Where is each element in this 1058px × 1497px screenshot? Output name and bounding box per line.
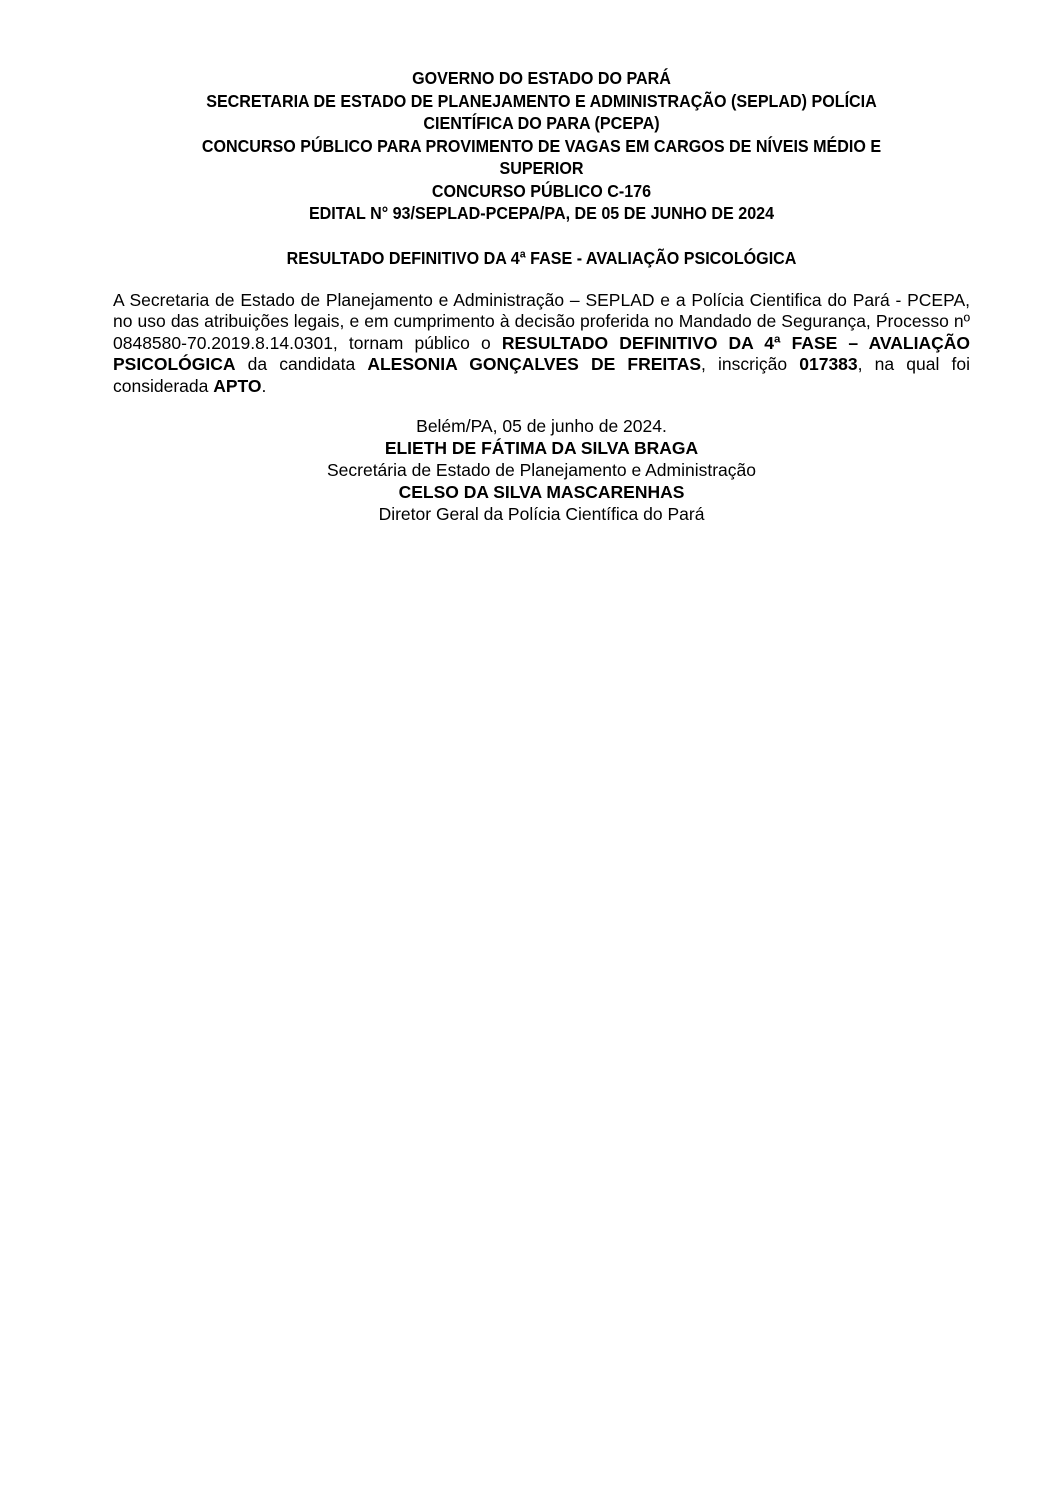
body-text-registration-label: , inscrição (701, 354, 799, 374)
document-header: GOVERNO DO ESTADO DO PARÁ SECRETARIA DE … (147, 67, 935, 225)
signer1-title: Secretária de Estado de Planejamento e A… (113, 459, 970, 481)
result-status: APTO (213, 376, 261, 396)
header-line-secretariat: SECRETARIA DE ESTADO DE PLANEJAMENTO E A… (147, 90, 935, 113)
candidate-name: ALESONIA GONÇALVES DE FREITAS (367, 354, 701, 374)
header-line-contest-cont: SUPERIOR (147, 157, 935, 180)
signer1-name: ELIETH DE FÁTIMA DA SILVA BRAGA (113, 437, 970, 459)
header-line-police: CIENTÍFICA DO PARA (PCEPA) (147, 112, 935, 135)
header-line-contest: CONCURSO PÚBLICO PARA PROVIMENTO DE VAGA… (147, 135, 935, 158)
header-line-contest-code: CONCURSO PÚBLICO C-176 (147, 180, 935, 203)
signature-block: Belém/PA, 05 de junho de 2024. ELIETH DE… (113, 415, 970, 525)
signer2-title: Diretor Geral da Polícia Científica do P… (113, 503, 970, 525)
signer2-name: CELSO DA SILVA MASCARENHAS (113, 481, 970, 503)
body-text-end: . (262, 376, 267, 396)
header-line-edital: EDITAL N° 93/SEPLAD-PCEPA/PA, DE 05 DE J… (147, 202, 935, 225)
body-paragraph: A Secretaria de Estado de Planejamento e… (113, 290, 970, 398)
body-text-candidate-label: da candidata (236, 354, 368, 374)
document-page: GOVERNO DO ESTADO DO PARÁ SECRETARIA DE … (113, 67, 970, 525)
registration-number: 017383 (799, 354, 857, 374)
place-date: Belém/PA, 05 de junho de 2024. (113, 415, 970, 437)
result-title: RESULTADO DEFINITIVO DA 4ª FASE - AVALIA… (147, 247, 935, 269)
header-line-government: GOVERNO DO ESTADO DO PARÁ (147, 67, 935, 90)
